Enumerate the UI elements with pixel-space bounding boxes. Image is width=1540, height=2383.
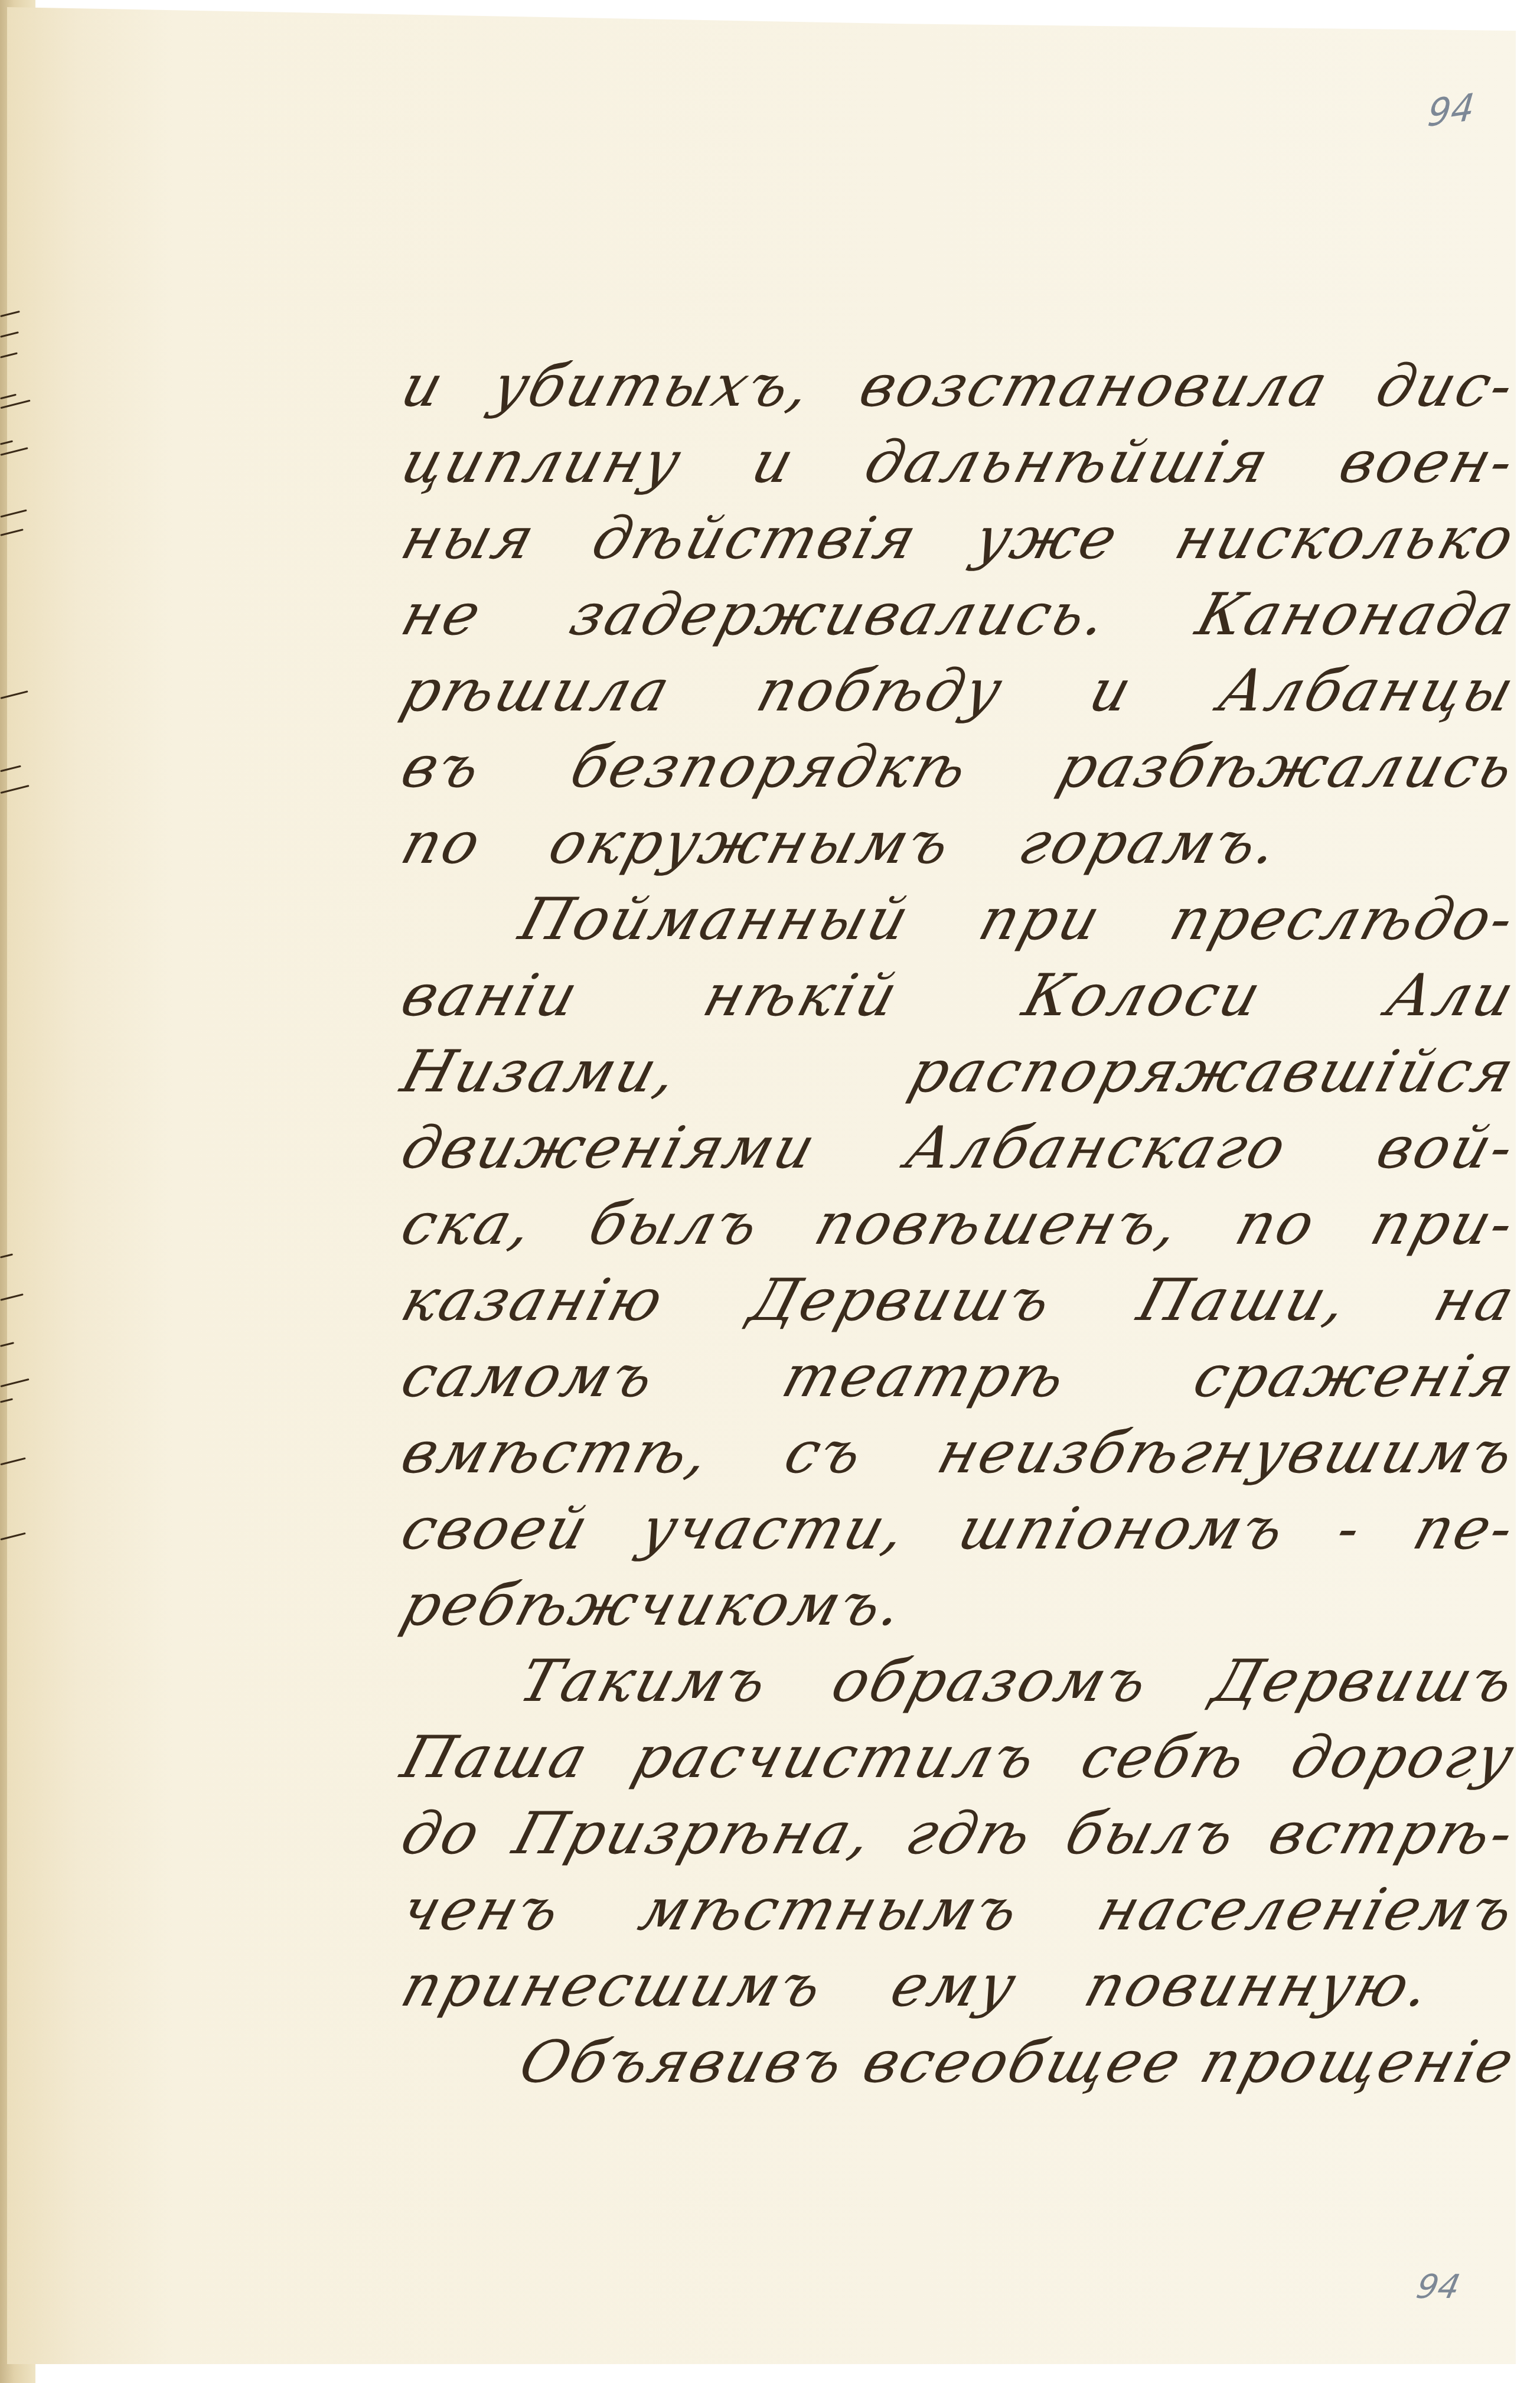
word: Албанскаго (897, 1110, 1297, 1186)
word: дорогу (1283, 1720, 1525, 1796)
word: всеобщее (854, 2025, 1192, 2101)
word: шпіономъ (950, 1491, 1295, 1567)
ink-stroke (0, 352, 18, 358)
word: съ (776, 1415, 873, 1491)
word: населеніемъ (1089, 1872, 1525, 1948)
word: до (393, 1796, 491, 1872)
text-line: Пойманныйприпреслѣдо- (393, 882, 1525, 958)
word: безпорядкѣ (562, 729, 978, 806)
ink-stroke (0, 440, 13, 445)
word: и (393, 348, 454, 425)
word: повинную. (1076, 1948, 1441, 2025)
text-line: ска,былъповѣшенъ,попри- (393, 1186, 1525, 1263)
word: циплину (393, 425, 692, 501)
word: Али (1378, 958, 1525, 1034)
word: нисколько (1167, 501, 1525, 577)
word: и (743, 425, 805, 501)
word: окружнымъ (540, 806, 961, 882)
word: разбѣжались (1049, 729, 1525, 806)
word: Паши, (1129, 1263, 1358, 1339)
word: горамъ. (1010, 806, 1289, 882)
word: своей (393, 1491, 599, 1567)
text-line: незадерживались.Канонада (393, 577, 1525, 653)
previous-page-margin-strokes (0, 0, 35, 2383)
word: Низами, (393, 1034, 689, 1110)
ink-stroke (0, 311, 20, 317)
word: по (1227, 1186, 1326, 1263)
ink-stroke (0, 690, 28, 699)
ink-stroke (0, 1253, 13, 1258)
text-line: поокружнымъгорамъ. (393, 806, 1525, 882)
ink-stroke (0, 447, 28, 456)
word: сраженія (1185, 1339, 1525, 1415)
word: движеніями (393, 1110, 826, 1186)
word: ченъ (393, 1872, 571, 1948)
text-line: рѣшилапобѣдуиАлбанцы (393, 653, 1525, 729)
word: былъ (1057, 1796, 1246, 1872)
word: Такимъ (511, 1644, 778, 1720)
word: Дервишъ (1203, 1644, 1525, 1720)
word: и (1081, 653, 1142, 729)
word: нѣкій (695, 958, 908, 1034)
word: Объявивъ (511, 2025, 854, 2101)
handwritten-text-body: иубитыхъ,возстановиладис-циплинуидальнѣй… (393, 348, 1503, 2101)
ink-stroke (0, 765, 21, 772)
word: Паша (393, 1720, 598, 1796)
text-line: циплинуидальнѣйшіявоен- (393, 425, 1525, 501)
text-line: ваніинѣкійКолосиАли (393, 958, 1525, 1034)
word: распоряжавшійся (900, 1034, 1525, 1110)
word: вой- (1368, 1110, 1525, 1186)
word: въ (393, 729, 491, 806)
ink-stroke (0, 1458, 25, 1466)
word: побѣду (748, 653, 1013, 729)
word: дис- (1368, 348, 1525, 425)
ink-stroke (0, 400, 30, 409)
ink-stroke (0, 1293, 24, 1301)
word: возстановила (851, 348, 1338, 425)
folio-number-bottom: 94 (1413, 2268, 1463, 2306)
ink-stroke (0, 509, 27, 517)
text-line: принесшимъемуповинную. (393, 1948, 1525, 2025)
word: задерживались. (562, 577, 1118, 653)
word: ему (882, 1948, 1027, 2025)
word: ваніи (393, 958, 588, 1034)
word: не (393, 577, 492, 653)
word: рѣшила (393, 653, 680, 729)
text-line: ребѣжчикомъ. (393, 1567, 1525, 1644)
word: - (1328, 1491, 1372, 1567)
word: театрѣ (774, 1339, 1076, 1415)
word: участи, (632, 1491, 917, 1567)
ink-stroke (0, 394, 17, 400)
text-line: вмѣстѣ,сънеизбѣгнувшимъ (393, 1415, 1525, 1491)
ink-stroke (0, 1378, 29, 1387)
text-line: доПризрѣна,гдѣбылъвстрѣ- (393, 1796, 1525, 1872)
word: при (970, 882, 1111, 958)
text-line: ТакимъобразомъДервишъ (393, 1644, 1525, 1720)
ink-stroke (0, 785, 29, 794)
word: принесшимъ (393, 1948, 833, 2025)
word: Пойманный (511, 882, 919, 958)
text-line: казаніюДервишъПаши,на (393, 1263, 1525, 1339)
word: вмѣстѣ, (393, 1415, 720, 1491)
word: Албанцы (1210, 653, 1525, 729)
word: ныя (393, 501, 545, 577)
word: былъ (580, 1186, 769, 1263)
word: воен- (1330, 425, 1525, 501)
word: гдѣ (897, 1796, 1043, 1872)
word: расчистилъ (624, 1720, 1047, 1796)
word: при- (1362, 1186, 1525, 1263)
word: повѣшенъ, (806, 1186, 1190, 1263)
text-line: ченъмѣстнымънаселеніемъ (393, 1872, 1525, 1948)
word: казанію (393, 1263, 674, 1339)
word: уже (965, 501, 1128, 577)
word: самомъ (393, 1339, 665, 1415)
word: Дервишъ (741, 1263, 1062, 1339)
ink-stroke (0, 1533, 25, 1541)
text-line: ныядѣйствіяуженисколько (393, 501, 1525, 577)
ink-stroke (0, 529, 24, 536)
word: Колоси (1014, 958, 1271, 1034)
word: дальнѣйшія (856, 425, 1279, 501)
word: образомъ (823, 1644, 1159, 1720)
word: встрѣ- (1260, 1796, 1525, 1872)
ink-stroke (0, 1342, 14, 1347)
word: неизбѣгнувшимъ (929, 1415, 1525, 1491)
word: прощеніе (1192, 2025, 1525, 2101)
folio-number-top: 94 (1425, 85, 1476, 136)
word: ребѣжчикомъ. (393, 1567, 914, 1644)
ink-stroke (0, 331, 19, 338)
ink-stroke (0, 1398, 13, 1403)
word: по (393, 806, 491, 882)
text-line: Пашарасчистилъсебѣдорогу (393, 1720, 1525, 1796)
text-line: иубитыхъ,возстановиладис- (393, 348, 1525, 425)
word: преслѣдо- (1161, 882, 1525, 958)
word: мѣстнымъ (631, 1872, 1029, 1948)
word: себѣ (1072, 1720, 1257, 1796)
word: дѣйствія (583, 501, 927, 577)
text-line: самомътеатрѣсраженія (393, 1339, 1525, 1415)
text-line: Объявивъвсеобщеепрощеніе (393, 2025, 1525, 2101)
word: Призрѣна, (505, 1796, 883, 1872)
word: Канонада (1188, 577, 1525, 653)
text-line: Низами,распоряжавшійся (393, 1034, 1525, 1110)
text-line: движеніямиАлбанскаговой- (393, 1110, 1525, 1186)
word: ска, (393, 1186, 544, 1263)
text-line: въбезпорядкѣразбѣжались (393, 729, 1525, 806)
word: убитыхъ, (483, 348, 821, 425)
text-line: своейучасти,шпіономъ-пе- (393, 1491, 1525, 1567)
